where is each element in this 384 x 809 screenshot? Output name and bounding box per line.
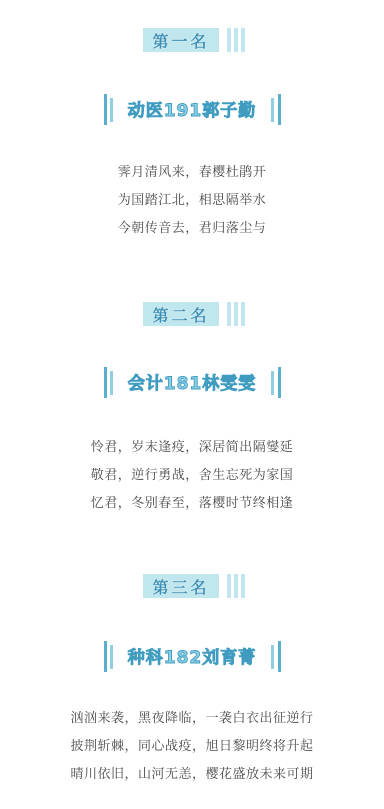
poem: 怜君，岁末逢疫，深居简出隔燮延 敬君，逆行勇战，舍生忘死为家国 忆君，冬别春至，…: [0, 434, 384, 518]
rank-label: 第一名: [152, 29, 209, 52]
poem: 霁月清风来，春樱杜鹃开 为国踏江北，相思隔举水 今朝传音去，君归落尘与: [0, 159, 384, 243]
poem-line: 忆君，冬别春至，落樱时节终相逢: [0, 490, 384, 518]
stripe-decoration: [241, 302, 245, 326]
poem-line: 敬君，逆行勇战，舍生忘死为家国: [0, 462, 384, 490]
poem-line: 汹汹来袭，黑夜降临，一袭白衣出征逆行: [0, 705, 384, 733]
winner-name: 种科182刘育菁: [0, 643, 384, 668]
stripe-decoration: [227, 28, 231, 52]
poem-line: 披荆斩棘，同心战疫，旭日黎明终将升起: [0, 733, 384, 761]
bar-decoration: [271, 645, 274, 669]
poem: 汹汹来袭，黑夜降临，一袭白衣出征逆行 披荆斩棘，同心战疫，旭日黎明终将升起 晴川…: [0, 705, 384, 789]
stripe-decoration: [241, 574, 245, 598]
bar-decoration: [271, 98, 274, 122]
rank-badge: 第三名: [143, 574, 246, 598]
rank-label: 第三名: [152, 575, 209, 598]
stripe-decoration: [241, 28, 245, 52]
poem-line: 今朝传音去，君归落尘与: [0, 215, 384, 243]
rank-badge: 第二名: [143, 302, 246, 326]
stripe-decoration: [234, 28, 238, 52]
rank-label: 第二名: [152, 303, 209, 326]
poem-line: 霁月清风来，春樱杜鹃开: [0, 159, 384, 187]
bar-decoration: [271, 371, 274, 395]
stripe-decoration: [227, 574, 231, 598]
winner-name-row: 动医191郭子勤: [0, 94, 384, 126]
winner-name-row: 会计181林雯雯: [0, 367, 384, 399]
rank-box: 第二名: [143, 302, 219, 326]
poem-line: 怜君，岁末逢疫，深居简出隔燮延: [0, 434, 384, 462]
stripe-decoration: [234, 302, 238, 326]
rank-badge: 第一名: [143, 28, 246, 52]
poem-line: 晴川依旧，山河无恙，樱花盛放未来可期: [0, 761, 384, 789]
poem-line: 为国踏江北，相思隔举水: [0, 187, 384, 215]
bar-decoration: [278, 94, 281, 125]
bar-decoration: [278, 641, 281, 672]
rank-box: 第一名: [143, 28, 219, 52]
winner-name: 动医191郭子勤: [0, 96, 384, 121]
bar-decoration: [278, 367, 281, 398]
stripe-decoration: [234, 574, 238, 598]
winner-name-row: 种科182刘育菁: [0, 641, 384, 673]
stripe-decoration: [227, 302, 231, 326]
winner-name: 会计181林雯雯: [0, 369, 384, 394]
rank-box: 第三名: [143, 574, 219, 598]
